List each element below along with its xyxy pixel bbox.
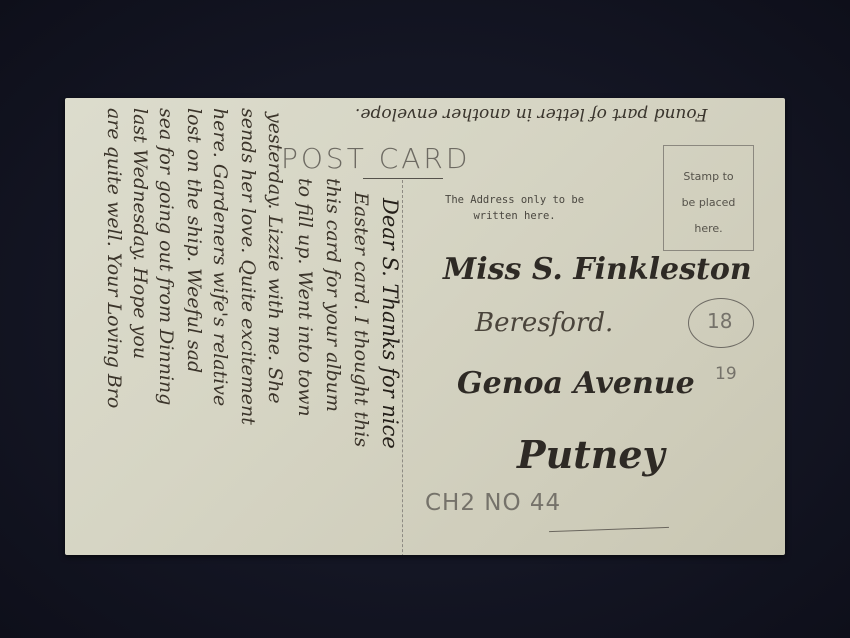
message-line: Dear S. Thanks for nice [378, 198, 402, 449]
message-line: this card for your album [322, 178, 344, 412]
circled-number: 18 [707, 309, 732, 333]
stamp-text-line-3: here. [664, 216, 753, 242]
letter-message: Dear S. Thanks for nice Easter card. I t… [69, 102, 404, 554]
pencil-underline [549, 527, 669, 532]
message-line: Easter card. I thought this [350, 192, 372, 447]
address-house: Beresford. [475, 308, 613, 338]
circled-number-mark: 18 [688, 298, 754, 348]
postcard: Found part of letter in another envelope… [65, 98, 785, 555]
message-line: yesterday. Lizzie with me. She [264, 112, 286, 404]
address-instruction: The Address only to be written here. [445, 192, 584, 224]
stamp-text-line-1: Stamp to [664, 164, 753, 190]
address-name: Miss S. Finkleston [443, 252, 752, 287]
address-town: Putney [517, 432, 665, 477]
message-line: lost on the ship. Weeful sad [183, 108, 205, 373]
message-line: sea for going out from Dinning [155, 108, 177, 405]
stamp-box-text: Stamp to be placed here. [664, 164, 753, 242]
stamp-box: Stamp to be placed here. [663, 145, 754, 251]
message-line: are quite well. Your Loving Bro [103, 108, 125, 408]
house-number-mark: 19 [715, 364, 737, 384]
upside-down-note: Found part of letter in another envelope… [355, 104, 708, 124]
message-line: to fill up. Went into town [294, 178, 316, 417]
stamp-text-line-2: be placed [664, 190, 753, 216]
address-instruction-line-2: written here. [445, 208, 584, 224]
reference-code: CH2 NO 44 [425, 490, 561, 516]
address-instruction-line-1: The Address only to be [445, 192, 584, 208]
message-line: last Wednesday. Hope you [129, 108, 151, 359]
address-street: Genoa Avenue [457, 366, 695, 401]
message-line: sends her love. Quite excitement [237, 108, 259, 425]
message-line: here. Gardeners wife's relative [209, 108, 231, 406]
